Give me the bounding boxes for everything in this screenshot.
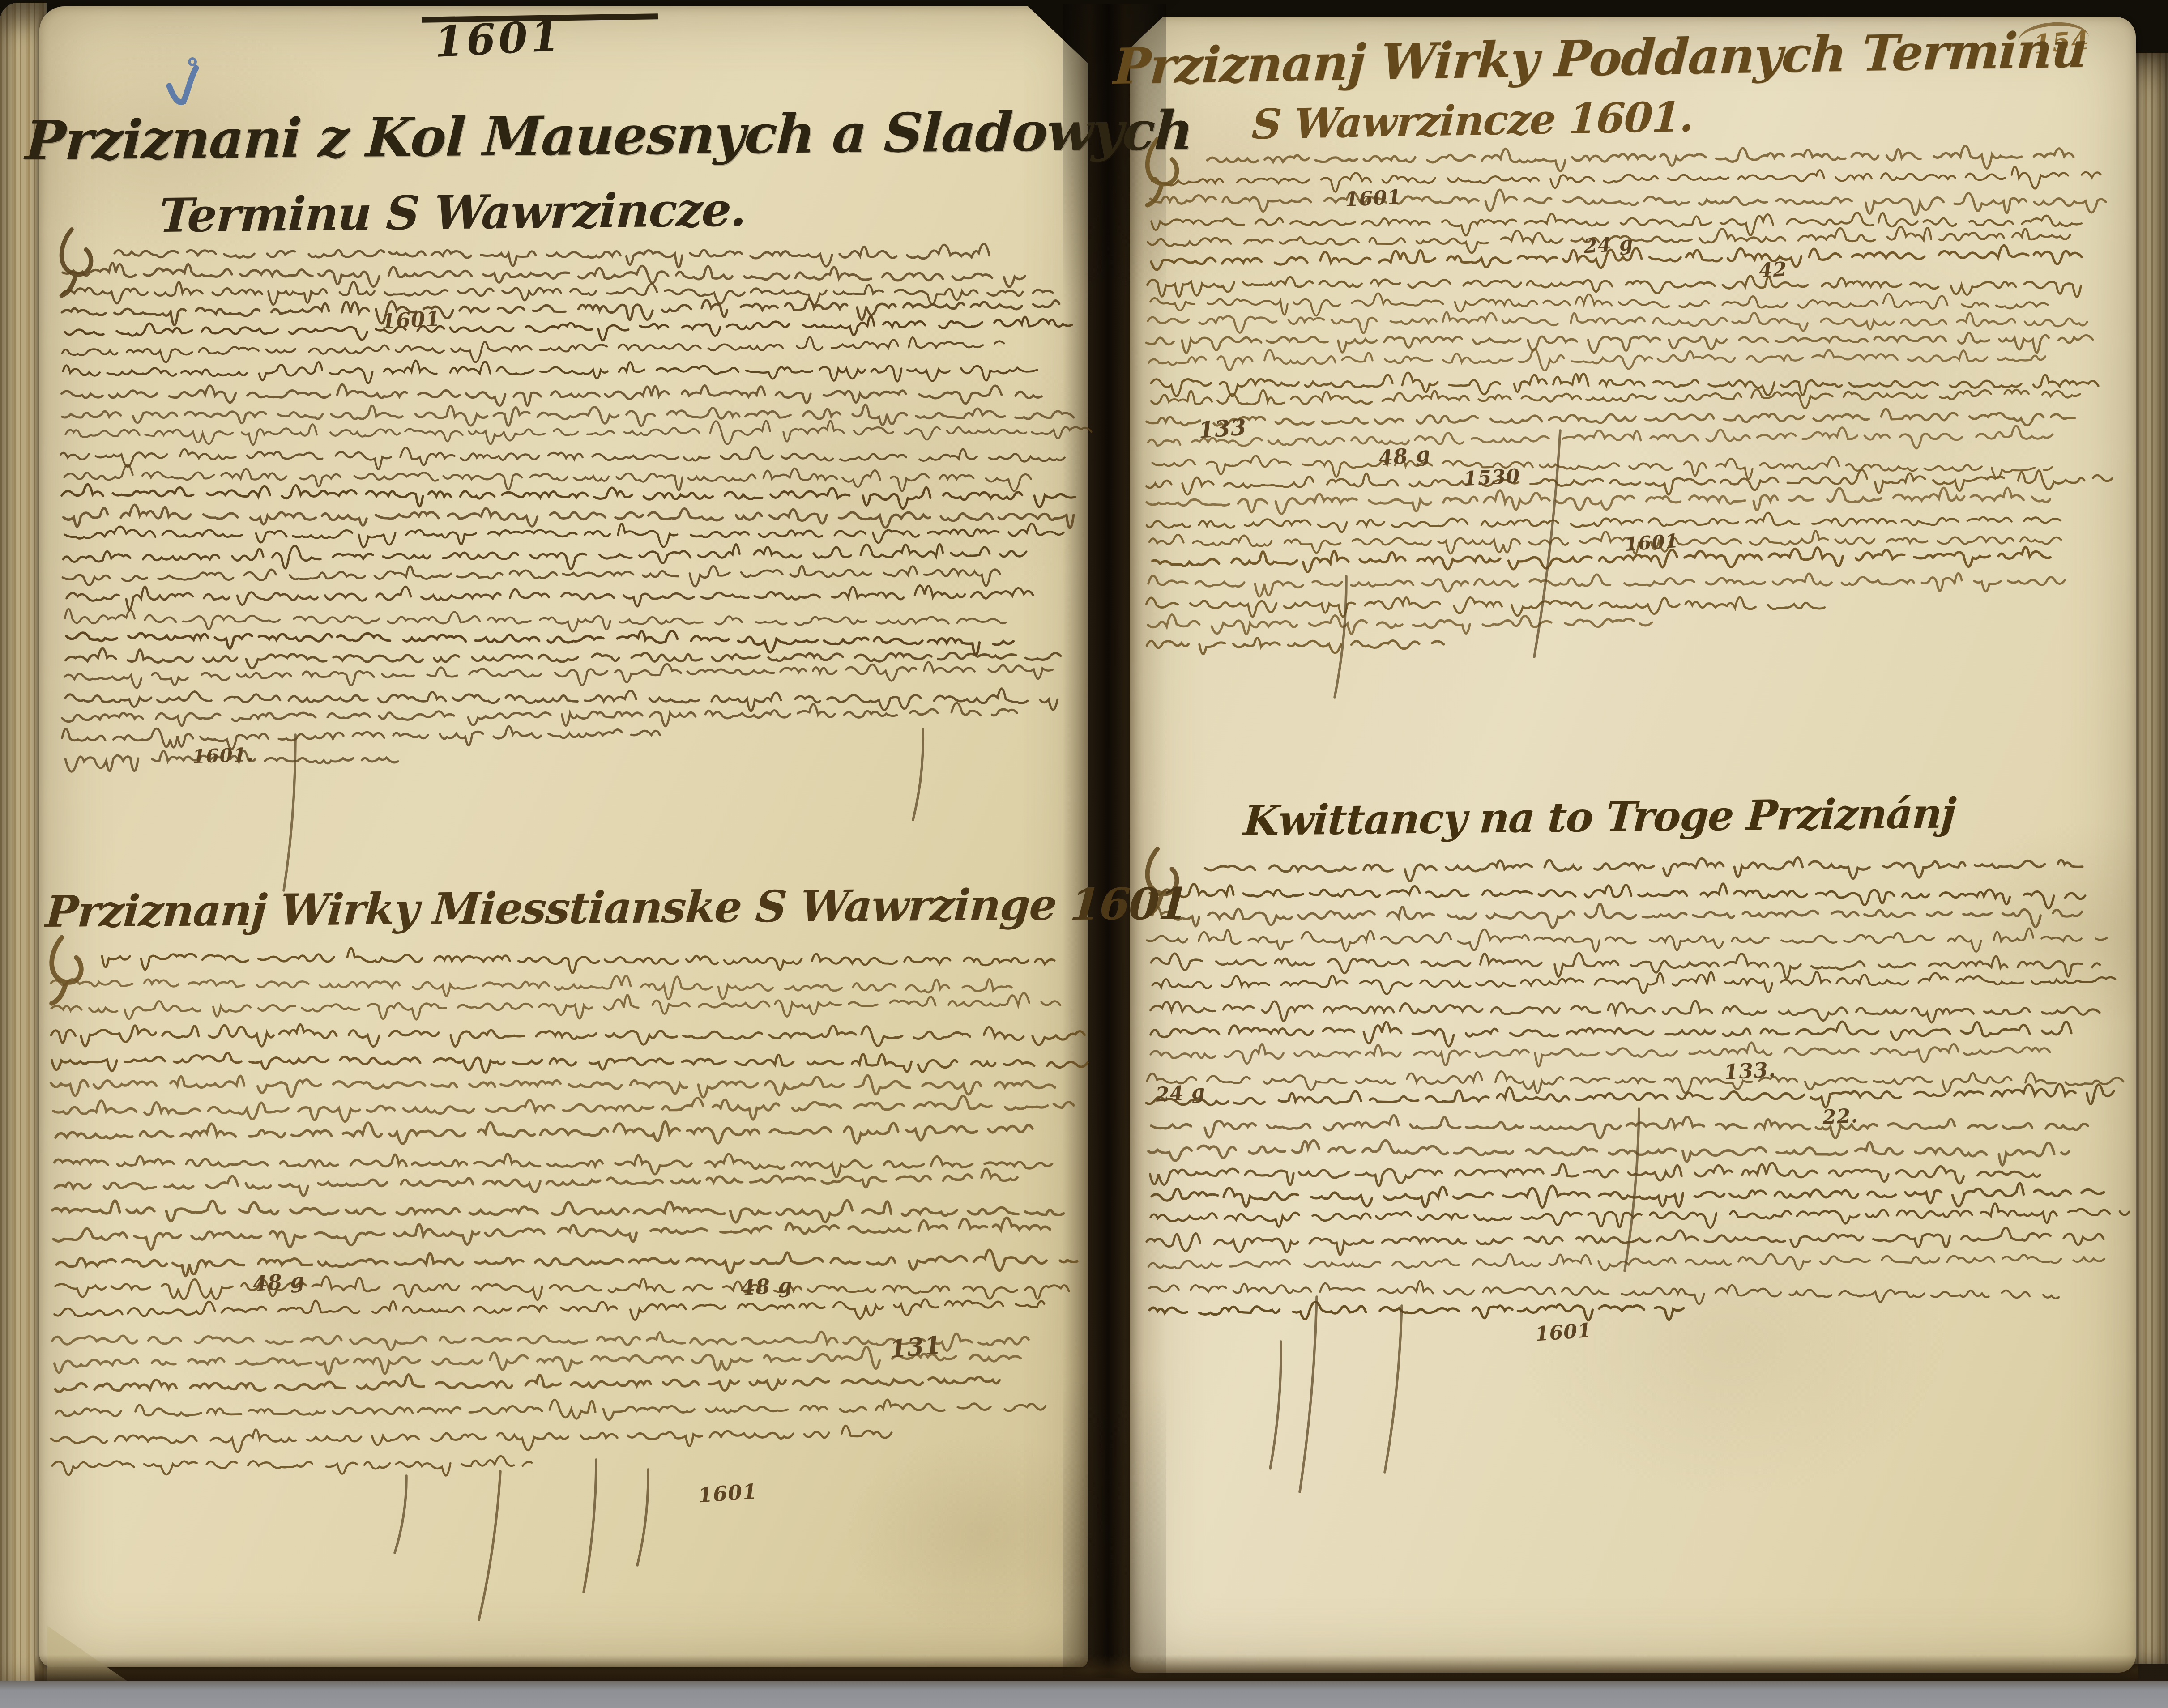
manuscript-scan: 1601 Prziznani z Kol Mauesnych a Sladowy… (0, 0, 2168, 1708)
inline-number: 48 g (740, 1273, 794, 1300)
inline-number: 22. (1822, 1104, 1859, 1129)
inline-number: 1601. (192, 744, 254, 768)
inline-number: 1601 (697, 1479, 758, 1507)
inline-number: 1601 (381, 307, 441, 334)
inline-number: 1601 (1624, 530, 1679, 555)
inline-number: 133 (1198, 413, 1247, 443)
inline-number: 42 (1758, 258, 1788, 282)
inline-number: 48 g (1378, 442, 1431, 470)
inline-number: 24 g (1583, 232, 1634, 258)
inline-number: 133. (1724, 1057, 1777, 1084)
right-title-line2: S Wawrzincze 1601. (1250, 93, 1694, 149)
inline-number: 1601 (1344, 186, 1402, 212)
right-title-line1: Prziznanj Wirky Poddanych Terminu (1112, 21, 2088, 95)
right-page-content: 154 Prziznanj Wirky Poddanych Terminu S … (0, 0, 2168, 1708)
inline-number: 24 g (1155, 1080, 1206, 1107)
inline-number: 131 (888, 1330, 943, 1363)
inline-number: 48 g (252, 1268, 306, 1296)
inline-number: 1601 (1534, 1319, 1592, 1346)
right-section2-heading: Kwittancy na to Troge Prziznánj (1242, 789, 1957, 845)
inline-number: 1530 (1463, 465, 1521, 491)
